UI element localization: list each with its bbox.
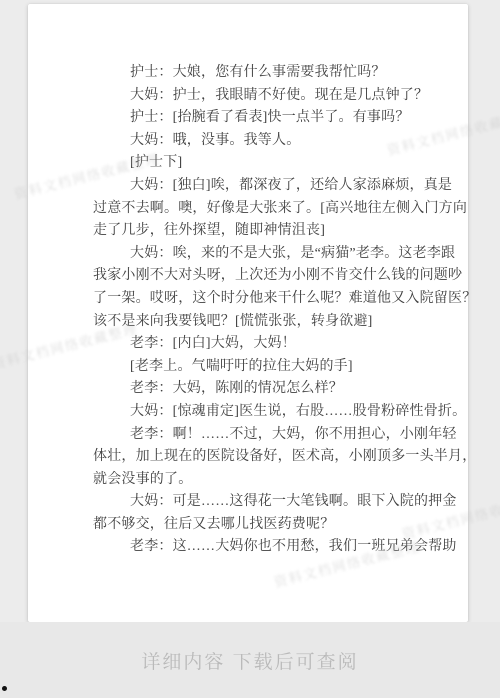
script-line: 我家小刚不大对头呀，上次还为小刚不肯交什么钱的问题吵	[93, 265, 413, 288]
document-page: 护士：大娘，您有什么事需要我帮忙吗？ 大妈：护士，我眼睛不好使。现在是几点钟了？…	[28, 4, 468, 622]
script-line: 都不够交，往后又去哪儿找医药费呢？	[93, 514, 413, 537]
script-text-block: 护士：大娘，您有什么事需要我帮忙吗？ 大妈：护士，我眼睛不好使。现在是几点钟了？…	[93, 62, 413, 559]
preview-stage: 护士：大娘，您有什么事需要我帮忙吗？ 大妈：护士，我眼睛不好使。现在是几点钟了？…	[0, 0, 500, 698]
script-line: 大妈：唉，来的不是大张，是“病猫”老李。这老李跟	[93, 243, 413, 266]
script-line: 走了几步，往外探望，随即神情沮丧]	[93, 220, 413, 243]
script-line: 老李：[内白]大妈，大妈！	[93, 333, 413, 356]
script-line: 大妈：哦，没事。我等人。	[93, 130, 413, 153]
script-line: 大妈：[独白]唉，都深夜了，还给人家添麻烦，真是	[93, 175, 413, 198]
script-line: 大妈：可是……这得花一大笔钱啊。眼下入院的押金	[93, 491, 413, 514]
download-notice-text: 详细内容 下载后可查阅	[141, 647, 358, 674]
script-line: [老李上。气喘吁吁的拉住大妈的手]	[93, 356, 413, 379]
script-line: 就会没事的了。	[93, 469, 413, 492]
script-line: 老李：这……大妈你也不用愁，我们一班兄弟会帮助	[93, 536, 413, 559]
script-line: 过意不去啊。噢，好像是大张来了。[高兴地往左侧入门方向	[93, 198, 413, 221]
script-line: 了一架。哎呀，这个时分他来干什么呢？难道他又入院留医？	[93, 288, 413, 311]
script-line: [护士下]	[93, 152, 413, 175]
script-line: 老李：大妈，陈刚的情况怎么样？	[93, 378, 413, 401]
script-line: 护士：[抬腕看了看表]快一点半了。有事吗？	[93, 107, 413, 130]
corner-dot	[2, 686, 7, 691]
script-line: 大妈：[惊魂甫定]医生说，右股……股骨粉碎性骨折。	[93, 401, 413, 424]
script-line: 护士：大娘，您有什么事需要我帮忙吗？	[93, 62, 413, 85]
script-line: 体壮，加上现在的医院设备好，医术高，小刚顶多一头半月，	[93, 446, 413, 469]
script-line: 老李：啊！……不过，大妈，你不用担心，小刚年轻	[93, 424, 413, 447]
script-line: 大妈：护士，我眼睛不好使。现在是几点钟了？	[93, 85, 413, 108]
download-notice-bar: 详细内容 下载后可查阅	[0, 622, 500, 698]
script-line: 该不是来向我要钱吧？[慌慌张张，转身欲避]	[93, 311, 413, 334]
